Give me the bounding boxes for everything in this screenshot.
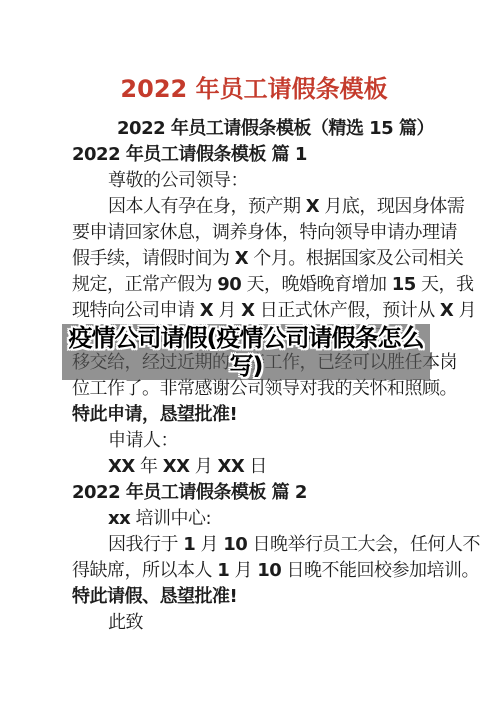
document-subtitle: 2022 年员工请假条模板（精选 15 篇） <box>115 116 436 142</box>
doc-line: 尊敬的公司领导： <box>72 168 436 194</box>
doc-line: 现特向公司申请 X 月 X 日正式休产假，预计从 X 月 <box>72 298 436 324</box>
document-title: 2022 年员工请假条模板 <box>72 72 436 106</box>
doc-line: 得缺席，所以本人 1 月 10 日晚不能回校参加培训。 <box>72 558 436 584</box>
doc-line: 2022 年员工请假条模板 篇 1 <box>72 142 436 168</box>
document-body: 2022 年员工请假条模板 篇 1尊敬的公司领导：因本人有孕在身，预产期 X 月… <box>72 142 436 636</box>
watermark-text-line-2: 写) <box>230 352 263 380</box>
watermark-overlay: 疫情公司请假(疫情公司请假条怎么 写) <box>62 324 430 380</box>
doc-line: 2022 年员工请假条模板 篇 2 <box>72 480 436 506</box>
doc-line: 要申请回家休息，调养身体，特向领导申请办理请 <box>72 220 436 246</box>
document-page: 2022 年员工请假条模板 2022 年员工请假条模板（精选 15 篇） 202… <box>0 0 500 706</box>
doc-line: 申请人： <box>72 428 436 454</box>
document-content: 2022 年员工请假条模板 2022 年员工请假条模板（精选 15 篇） 202… <box>72 0 436 636</box>
doc-line: 特此申请，恳望批准! <box>72 402 436 428</box>
doc-line: 规定，正常产假为 90 天，晚婚晚育增加 15 天，我 <box>72 272 436 298</box>
doc-line: 特此请假、恳望批准! <box>72 584 436 610</box>
doc-line: xx 培训中心: <box>72 506 436 532</box>
watermark-text-line-1: 疫情公司请假(疫情公司请假条怎么 <box>69 324 424 352</box>
doc-line: 因本人有孕在身，预产期 X 月底，现因身体需 <box>72 194 436 220</box>
doc-line: XX 年 XX 月 XX 日 <box>72 454 436 480</box>
doc-line: 因我行于 1 月 10 日晚举行员工大会，任何人不 <box>72 532 436 558</box>
doc-line: 假手续，请假时间为 X 个月。根据国家及公司相关 <box>72 246 436 272</box>
doc-line: 此致 <box>72 610 436 636</box>
